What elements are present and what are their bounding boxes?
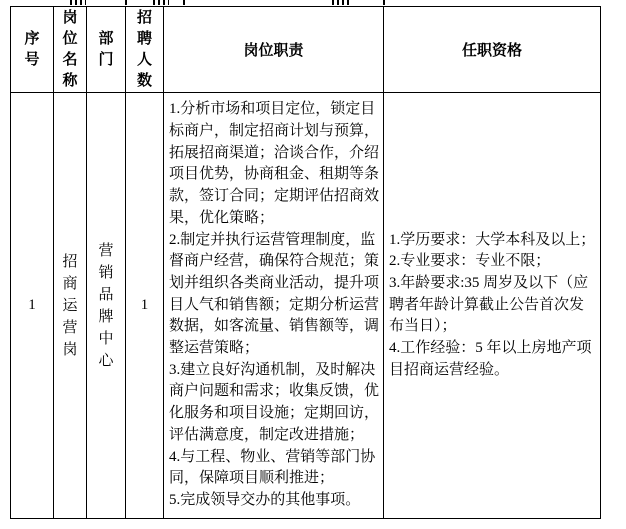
cell-department: 营 销 品 牌 中 心 — [87, 93, 126, 519]
recruitment-table: 序 号 岗 位 名 称 部 门 招 聘 人 数 岗位职责 任职资格 — [10, 6, 601, 519]
headcount-value: 1 — [141, 297, 149, 313]
cell-position: 招 商 运 营 岗 — [54, 93, 87, 519]
cell-qualifications: 1.学历要求：大学本科及以上； 2.专业要求：专业不限； 3.年龄要求:35 周… — [384, 93, 601, 519]
cell-serial: 1 — [11, 93, 54, 519]
cropped-row-remnant-tick — [183, 0, 185, 5]
header-qualifications-label: 任职资格 — [462, 43, 522, 59]
table-row: 1 招 商 运 营 岗 营 销 品 牌 中 心 1 1.分析市场和项目定位，锁定… — [11, 93, 601, 519]
header-col-qualifications: 任职资格 — [384, 7, 601, 93]
header-headcount-label: 招 聘 人 数 — [137, 8, 152, 92]
duties-text: 1.分析市场和项目定位，锁定目 标商户，制定招商计划与预算， 拓展招商渠道；洽谈… — [169, 99, 379, 511]
header-col-position: 岗 位 名 称 — [54, 7, 87, 93]
table-header-row: 序 号 岗 位 名 称 部 门 招 聘 人 数 岗位职责 任职资格 — [11, 7, 601, 93]
header-col-duties: 岗位职责 — [164, 7, 384, 93]
header-col-department: 部 门 — [87, 7, 126, 93]
department-value: 营 销 品 牌 中 心 — [98, 240, 113, 372]
cell-duties: 1.分析市场和项目定位，锁定目 标商户，制定招商计划与预算， 拓展招商渠道；洽谈… — [164, 93, 384, 519]
cropped-row-remnant-tick — [125, 0, 127, 5]
serial-value: 1 — [28, 297, 36, 313]
header-position-label: 岗 位 名 称 — [62, 8, 77, 92]
document-page: 序 号 岗 位 名 称 部 门 招 聘 人 数 岗位职责 任职资格 — [0, 0, 626, 529]
cropped-row-remnant-tick — [383, 0, 385, 5]
cropped-row-remnant-glyph — [332, 0, 352, 5]
header-duties-label: 岗位职责 — [243, 43, 303, 59]
qualifications-text: 1.学历要求：大学本科及以上； 2.专业要求：专业不限； 3.年龄要求:35 周… — [389, 230, 595, 382]
header-col-serial: 序 号 — [11, 7, 54, 93]
position-value: 招 商 运 营 岗 — [62, 251, 77, 361]
cropped-row-remnant-glyph — [70, 0, 86, 5]
header-department-label: 部 门 — [98, 29, 113, 71]
header-serial-label: 序 号 — [24, 29, 39, 71]
cell-headcount: 1 — [126, 93, 164, 519]
cropped-row-remnant-glyph — [153, 0, 169, 5]
header-col-headcount: 招 聘 人 数 — [126, 7, 164, 93]
